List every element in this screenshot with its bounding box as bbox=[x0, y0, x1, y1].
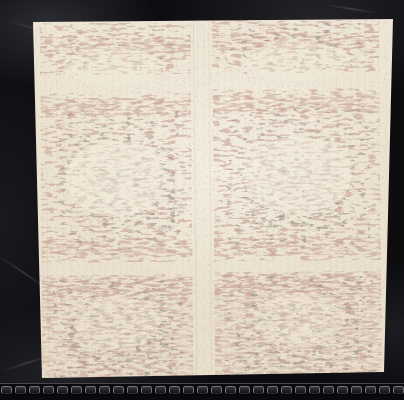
stamp-photo bbox=[0, 0, 404, 400]
sprocket-hole bbox=[337, 386, 348, 394]
sprocket-hole bbox=[323, 386, 334, 394]
sprocket-hole bbox=[155, 386, 166, 394]
sprocket-hole bbox=[253, 386, 264, 394]
sprocket-hole bbox=[113, 386, 124, 394]
stamp-frame-band bbox=[43, 98, 188, 115]
stamp-impressions-canvas bbox=[33, 20, 394, 378]
sprocket-hole bbox=[141, 386, 152, 394]
sprocket-hole bbox=[211, 386, 222, 394]
sprocket-hole bbox=[351, 386, 362, 394]
sprocket-hole bbox=[365, 386, 376, 394]
sprocket-hole bbox=[29, 386, 40, 394]
sprocket-hole bbox=[169, 386, 180, 394]
sprocket-hole bbox=[15, 386, 26, 394]
film-strip-edge bbox=[0, 383, 404, 400]
sprocket-hole bbox=[239, 386, 250, 394]
sprocket-hole bbox=[43, 386, 54, 394]
sprocket-hole bbox=[71, 386, 82, 394]
stamp-block-paper bbox=[0, 0, 404, 400]
sprocket-hole bbox=[197, 386, 208, 394]
sprocket-hole bbox=[281, 386, 292, 394]
scratch-mark bbox=[326, 4, 378, 14]
sprocket-hole bbox=[1, 386, 12, 394]
sprocket-hole bbox=[267, 386, 278, 394]
stamp-frame-band bbox=[216, 95, 376, 113]
sprocket-hole bbox=[127, 386, 138, 394]
sprocket-hole bbox=[295, 386, 306, 394]
sprocket-hole bbox=[393, 386, 404, 394]
sprocket-hole bbox=[225, 386, 236, 394]
sprocket-hole bbox=[57, 386, 68, 394]
sprocket-hole bbox=[379, 386, 390, 394]
sprocket-hole bbox=[85, 386, 96, 394]
sprocket-hole bbox=[183, 386, 194, 394]
sprocket-hole bbox=[99, 386, 110, 394]
sprocket-hole bbox=[309, 386, 320, 394]
